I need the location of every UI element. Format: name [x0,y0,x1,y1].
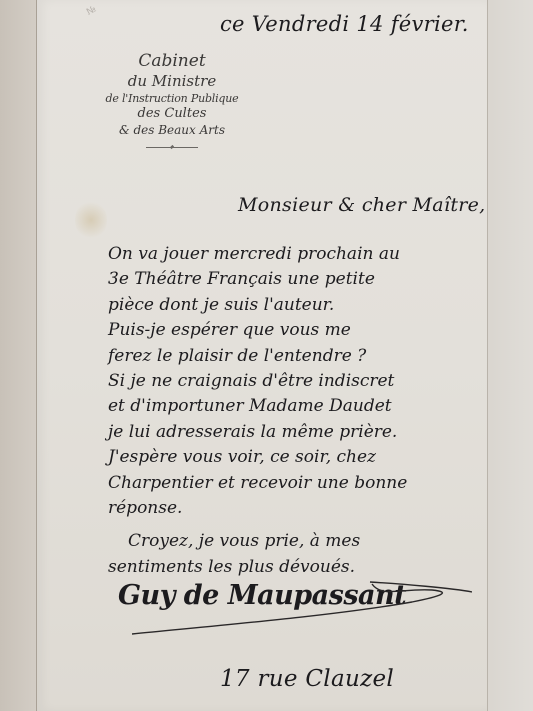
body-line: On va jouer mercredi prochain au [108,242,407,267]
body-line: Si je ne craignais d'être indiscret [108,369,407,394]
closing-line: Croyez, je vous prie, à mes [108,529,407,554]
body-line: je lui adresserais la même prière. [108,420,407,445]
body-line: Charpentier et recevoir une bonne [108,471,407,496]
letterhead-line: de l'Instruction Publique [72,92,272,106]
body-line: Puis-je espérer que vous me [108,318,407,343]
letterhead-line: du Ministre [72,72,272,92]
body-line: J'espère vous voir, ce soir, chez [108,445,407,470]
body-line: pièce dont je suis l'auteur. [108,293,407,318]
backdrop-right [485,0,533,711]
letter-body: On va jouer mercredi prochain au 3e Théâ… [108,242,407,580]
body-line: 3e Théâtre Français une petite [108,267,407,292]
letterhead-line: des Cultes [72,106,272,123]
letterhead: Cabinet du Ministre de l'Instruction Pub… [72,50,272,150]
date-line: ce Vendredi 14 février. [220,12,469,36]
body-line: réponse. [108,496,407,521]
paper-stain [75,200,107,240]
letterhead-line: & des Beaux Arts [72,123,272,139]
body-line: ferez le plaisir de l'entendre ? [108,344,407,369]
address: 17 rue Clauzel [220,666,394,692]
backdrop-left [0,0,36,711]
signature-flourish-icon [132,578,472,638]
pencil-mark: № [85,4,98,17]
salutation: Monsieur & cher Maître, [238,194,486,216]
letterhead-ornament-icon [146,144,198,150]
body-line: et d'importuner Madame Daudet [108,394,407,419]
letterhead-line: Cabinet [72,50,272,72]
closing-line: sentiments les plus dévoués. [108,555,407,580]
